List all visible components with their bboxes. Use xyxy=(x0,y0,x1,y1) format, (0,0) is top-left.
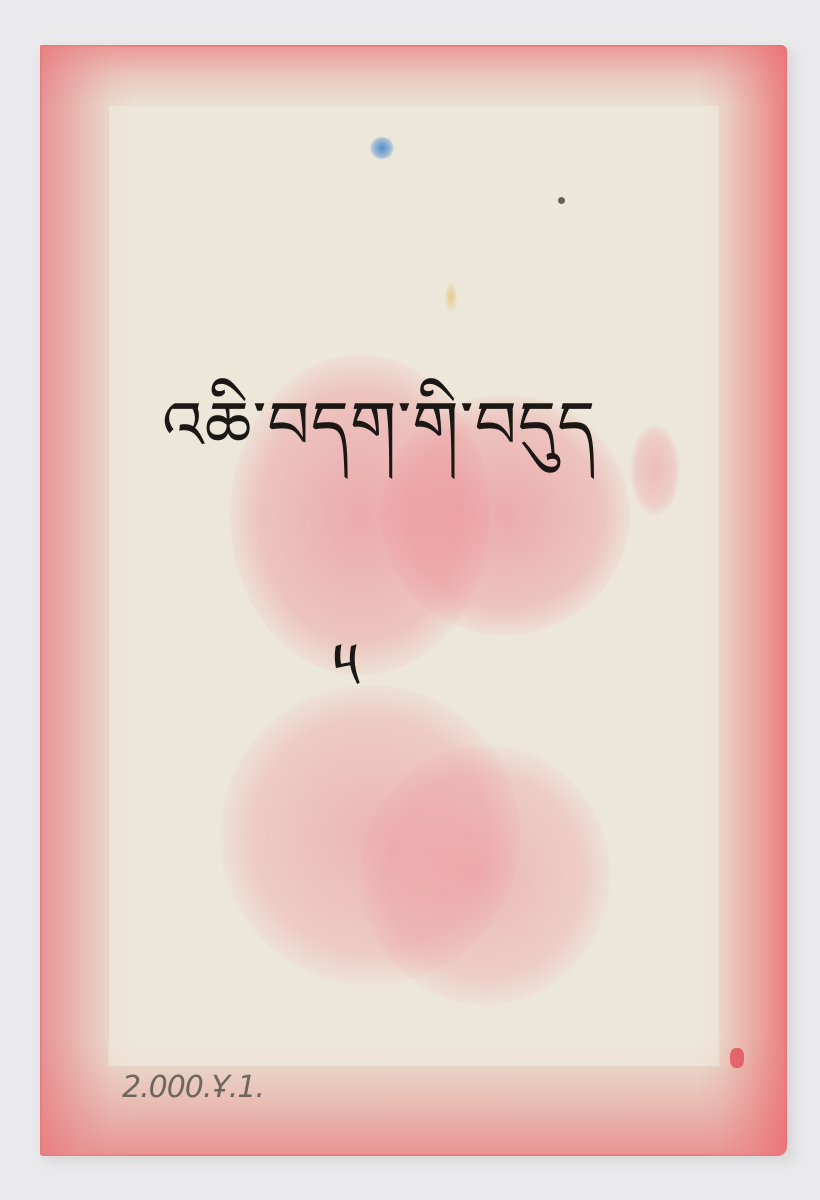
tibetan-card: འཆི་བདག་གི་བདུད ༥ 2.000.Ұ.1. xyxy=(40,45,787,1156)
dark-speck xyxy=(558,197,565,204)
tibetan-numeral: ༥ xyxy=(332,635,360,697)
tibetan-inscription: འཆི་བདག་གི་བདུད xyxy=(162,390,662,463)
pink-pigment-blob xyxy=(360,745,610,1005)
red-pigment-mark xyxy=(730,1048,744,1068)
blue-pigment-spot xyxy=(370,137,394,159)
yellow-pigment-smudge xyxy=(445,283,457,311)
pencil-inventory-note: 2.000.Ұ.1. xyxy=(122,1070,264,1105)
